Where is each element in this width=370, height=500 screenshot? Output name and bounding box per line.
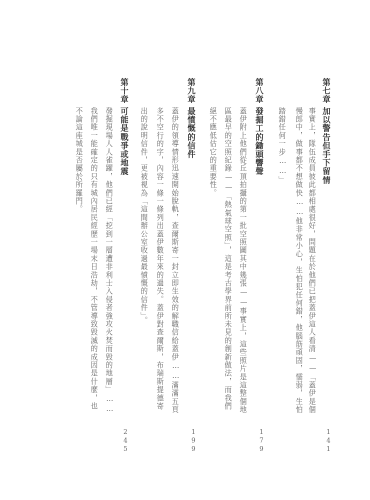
chapter-heading: 第十章	[121, 78, 129, 104]
chapter-title: 可能是戰爭或地震	[121, 107, 129, 176]
chapter-title: 加以警告但手下留情	[323, 107, 331, 184]
page-number: 179	[258, 428, 265, 454]
chapter-excerpt-line: 不論這座城是否屬於所羅門。	[76, 107, 83, 214]
chapter-excerpt-line: 區最早的空照紀錄——「熱氣球空照」，這是考古學界前所未見的創新做法，而我們	[225, 107, 232, 410]
chapter-title: 最憤慨的信件	[188, 107, 196, 159]
chapter-excerpt-line: 出的說明信件，更被視為「這間辦公室收過最憤慨的信件」。	[141, 107, 148, 325]
chapter-excerpt-line: 慢郎中，做事都不想做快……他非常小心，生怕犯任何錯，他腦筋頑固，懦弱，生怕	[296, 107, 303, 414]
chapter-excerpt-line: 多不空行的字，內容一條一條列出蓋伊數年來的過失。蓋伊對查爾斯，布瑞斯提德寄	[157, 107, 164, 410]
chapter-excerpt-line: 絕不應低估它的重要性。	[210, 107, 217, 197]
chapter-excerpt-line: 蓋伊附上他們從丘頂拍攝的第一批空照圖其中幾張——事實上，這些照片是這整個地	[240, 107, 247, 414]
chapter-excerpt-line: 蓋伊的領導情形迅速開始脫軌，查爾斯寄一封立即生效的解職信給蓋伊……滿滿五頁	[172, 107, 179, 414]
chapter-excerpt-line: 踏錯任何一步……」	[279, 107, 286, 184]
page-number: 199	[190, 428, 197, 454]
chapter-excerpt-line: 我們唯一能確定的只有城內居民經歷一場末日浩劫，不管導致毀滅的成因是什麼，也	[91, 107, 98, 410]
chapter-heading: 第九章	[188, 78, 196, 104]
chapter-excerpt-line: 事實上，隊伍成員彼此都相處很好，問題在於他們已把蓋伊這人看清——「蓋伊是個	[309, 107, 316, 414]
chapter-excerpt-line: 發掘現場人人雀躍，他們已經「挖到一層遭非利士入侵者強攻火焚而毀的地層」……	[106, 107, 113, 414]
page-number: 245	[122, 428, 129, 454]
page-number: 141	[325, 428, 332, 454]
chapter-heading: 第八章	[256, 78, 264, 104]
chapter-heading: 第七章	[323, 78, 331, 104]
chapter-title: 發掘工的鋤頭響聲	[256, 107, 264, 176]
